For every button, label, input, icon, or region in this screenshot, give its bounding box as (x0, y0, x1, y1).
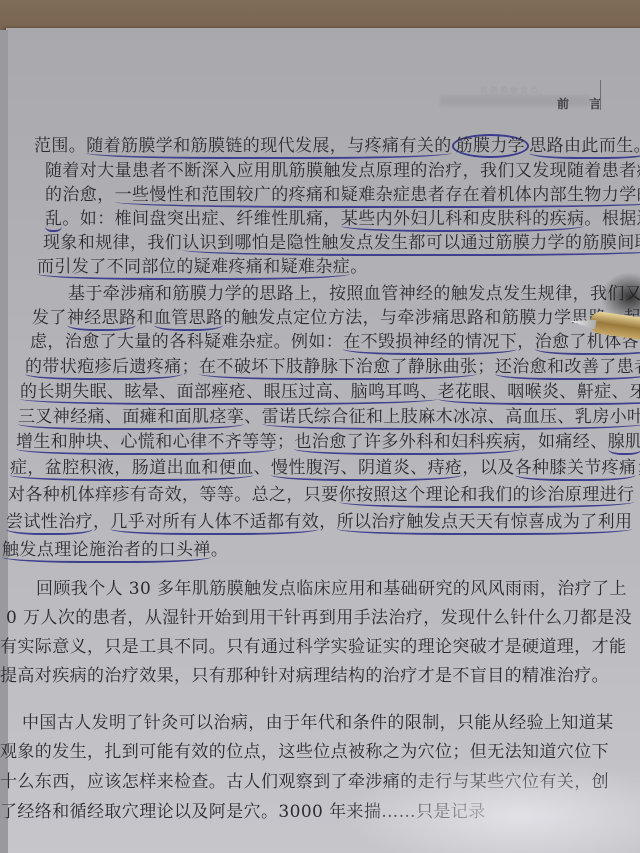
underlined-text: 雷诺氏综合征和上肢麻木冰凉、高血压、乳房小叶 (262, 407, 640, 430)
underlined-text: 随着筋膜学和筋膜链的现代发展，与疼痛有关的 (86, 136, 451, 159)
text-line: 随着对大量患者不断深入应用肌筋膜触发点原理的治疗，我们又发现随着患者疼痛 (45, 160, 640, 182)
underlined-text: 尝试性治疗 (6, 512, 93, 535)
text-line: 症，盆腔积液，肠道出血和便血、慢性腹泻、阴道炎、痔疮，以及各种膝关节疼痛； (10, 457, 640, 479)
underlined-text: 思路由此而生。 (529, 136, 640, 159)
text-segment: 回顾我个人 30 多年肌筋膜触发点临床应用和基础研究的风风雨雨，治疗了上 (36, 579, 627, 599)
text-segment: 范围。 (34, 136, 86, 156)
text-line: 的带状疱疹后遗疼痛；在不破坏下肢静脉下治愈了静脉曲张；还治愈和改善了患者 (25, 356, 640, 378)
text-segment: ； (477, 357, 494, 377)
text-segment: 、 (254, 458, 271, 478)
text-segment: ； (636, 458, 640, 478)
text-segment: ，如痛经、 (521, 432, 608, 452)
text-segment: ， (517, 332, 534, 352)
text-segment: 观象的发生，扎到可能有效的位点，这些位点被称之为穴位；但无法知道穴位下 (0, 742, 609, 762)
underlined-text: 症，盆腔积液，肠道出血和便血 (10, 458, 254, 481)
underlined-text: 还治愈和改善了患者 (495, 357, 640, 380)
text-line: 乱。如：椎间盘突出症、纤维性肌痛，某些内外妇儿科和皮肤科的疾病。根据这个 (45, 208, 640, 230)
text-line: 回顾我个人 30 多年肌筋膜触发点临床应用和基础研究的风风雨雨，治疗了上 (36, 578, 627, 600)
underlined-text: 老花眼、咽喉炎、鼾症、牙痛、 (438, 382, 640, 405)
underlined-text: 某些内外妇儿科和皮肤科的疾病 (341, 209, 585, 232)
text-line: 三叉神经痛、面瘫和面肌痉挛、雷诺氏综合征和上肢麻木冰凉、高血压、乳房小叶 (18, 406, 640, 428)
text-line: 基于牵涉痛和筋膜力学的思路上，按照血管神经的触发点发生规律，我们又开 (68, 283, 640, 305)
text-segment: 十么东西，应该怎样来检查。古人们观察到了牵涉痛的走行与某些穴位有关，创 (0, 772, 609, 792)
text-line: 十么东西，应该怎样来检查。古人们观察到了牵涉痛的走行与某些穴位有关，创 (0, 771, 609, 793)
text-segment: 提高对疾病的治疗效果，只有那种针对病理结构的治疗才是不盲目的精准治疗。 (0, 666, 609, 686)
text-line: 触发点理论施治者的口头禅。 (2, 539, 228, 561)
text-segment: 有实际意义，只是工具不同。只有通过科学实验证实的理论突破才是硬道理，才能 (0, 637, 626, 657)
text-segment: 。 (211, 540, 228, 560)
text-segment: ； (182, 357, 199, 377)
text-segment: 0 万人次的患者，从湿针开始到用干针再到用手法治疗，发现什么针什么刀都是没 (6, 608, 632, 628)
text-line: 有实际意义，只是工具不同。只有通过科学实验证实的理论突破才是硬道理，才能 (0, 636, 626, 658)
underlined-text: 所以治疗触发点天天有惊喜成为了利用 (337, 512, 633, 535)
underlined-text: 增生和肿块、心慌和心律不齐等等 (16, 432, 277, 455)
underlined-text: 而引发了不同部位的疑难疼痛和疑难杂症 (37, 257, 350, 280)
text-line: 范围。随着筋膜学和筋膜链的现代发展，与疼痛有关的筋膜力学思路由此而生。也 (34, 135, 640, 157)
text-segment: ； (277, 432, 294, 452)
underlined-text: 触发点理论施治者的口头禅 (2, 540, 211, 563)
text-segment: 的治愈， (45, 185, 115, 205)
underlined-text: 腺肌 (608, 432, 640, 455)
underlined-text: 几乎对所有人体不适都有效 (110, 512, 319, 535)
text-segment: 发了 (32, 308, 67, 328)
text-line: 增生和肿块、心慌和心律不齐等等；也治愈了许多外科和妇科疾病，如痛经、腺肌 (16, 431, 640, 453)
text-segment: 中国古人发明了针灸可以治病，由于年代和条件的限制，只能从经验上知道某 (22, 713, 614, 733)
text-line: 发了神经思路和血管思路的触发点定位方法，与牵涉痛思路和筋膜力学思路一起考 (32, 307, 640, 329)
underlined-text: 认识到哪怕是隐性触发点发生都可以通过筋膜力学的筋膜间联系 (182, 233, 640, 256)
underlined-text: 神经思路 (67, 308, 137, 331)
text-line: 提高对疾病的治疗效果，只有那种针对病理结构的治疗才是不盲目的精准治疗。 (0, 665, 609, 687)
header-title: 前 言 (557, 95, 609, 112)
underlined-text: 也治愈了许多外科和妇科疾病 (294, 432, 520, 455)
text-segment: ， (93, 512, 110, 532)
underlined-text: 的带状疱疹后遗疼痛 (25, 357, 182, 380)
underlined-text: 各种膝关节疼痛 (515, 458, 637, 481)
text-line: 对各种机体痒疹有奇效，等等。总之，只要你按照这个理论和我们的诊治原理进行 (8, 484, 634, 506)
text-segment: 。如：椎间盘突出症、纤维性肌痛， (62, 209, 340, 229)
text-line: 虑，治愈了大量的各科疑难杂症。例如：在不毁损神经的情况下，治愈了机体各部 (30, 331, 640, 353)
text-segment: 、 (244, 407, 261, 427)
text-line: 尝试性治疗，几乎对所有人体不适都有效，所以治疗触发点天天有惊喜成为了利用 (6, 511, 632, 533)
text-line: 观象的发生，扎到可能有效的位点，这些位点被称之为穴位；但无法知道穴位下 (0, 741, 609, 763)
text-segment: 基于牵涉痛和筋膜力学的思路上，按照血管神经的触发点发生规律，我们又开 (68, 284, 640, 304)
text-line: 而引发了不同部位的疑难疼痛和疑难杂症。 (37, 256, 368, 278)
text-line: 的治愈，一些慢性和范围较广的疼痛和疑难杂症患者存在着机体内部生物力学的紊 (45, 184, 640, 206)
underlined-text: 三叉神经痛、面瘫和面肌痉挛 (18, 407, 244, 430)
text-segment: 随着对大量患者不断深入应用肌筋膜触发点原理的治疗，我们又发现随着患者疼痛 (45, 161, 640, 181)
underlined-text: 一些慢性和范围较广的疼痛和疑难杂症患者存在着机体内部生物力学的紊 (115, 185, 640, 208)
text-line: 的长期失眠、眩晕、面部痤疮、眼压过高、脑鸣耳鸣、老花眼、咽喉炎、鼾症、牙痛、 (20, 381, 640, 403)
text-segment: 对各种机体痒疹有奇效，等等。总之，只要 (8, 485, 339, 505)
text-line: 了经络和循经取穴理论以及阿是穴。3000 年来揣……只是记录 (0, 801, 486, 823)
text-segment: 。 (350, 257, 367, 277)
text-segment: ，以及 (462, 458, 514, 478)
text-segment: 虑，治愈了大量的各科疑难杂症。例如： (30, 332, 343, 352)
text-segment: 和 (136, 308, 153, 328)
underlined-text: 在不毁损神经的情况下 (343, 332, 517, 355)
text-line: 中国古人发明了针灸可以治病，由于年代和条件的限制，只能从经验上知道某 (22, 712, 614, 734)
text-segment: 了经络和循经取穴理论以及阿是穴。3000 年来揣……只是记录 (0, 802, 486, 822)
text-line: 现象和规律，我们认识到哪怕是隐性触发点发生都可以通过筋膜力学的筋膜间联系 (43, 232, 640, 254)
page-edge (0, 30, 8, 853)
header-rule (600, 80, 601, 110)
circled-text: 筋膜力学 (452, 134, 530, 158)
underlined-text: 乱 (45, 209, 62, 232)
text-segment: 现象和规律，我们 (43, 233, 182, 253)
text-segment: 。根据这个 (584, 209, 640, 229)
underlined-text: 的长期失眠、眩晕、面部痤疮、眼压过高、脑鸣耳鸣、 (20, 382, 438, 405)
underlined-text: 慢性腹泻、阴道炎、痔疮 (271, 458, 462, 481)
text-segment: ， (319, 512, 336, 532)
underlined-text: 你按照这个理论和我们的诊治原理进行 (339, 485, 635, 508)
underlined-text: 血管思路 (154, 308, 224, 331)
text-segment: 的触发点定位方法，与牵涉痛思路和筋膜力学思路一起考 (223, 308, 640, 328)
underlined-text: 在不破坏下肢静脉下治愈了静脉曲张 (199, 357, 477, 380)
text-line: 0 万人次的患者，从湿针开始到用干针再到用手法治疗，发现什么针什么刀都是没 (6, 607, 632, 629)
